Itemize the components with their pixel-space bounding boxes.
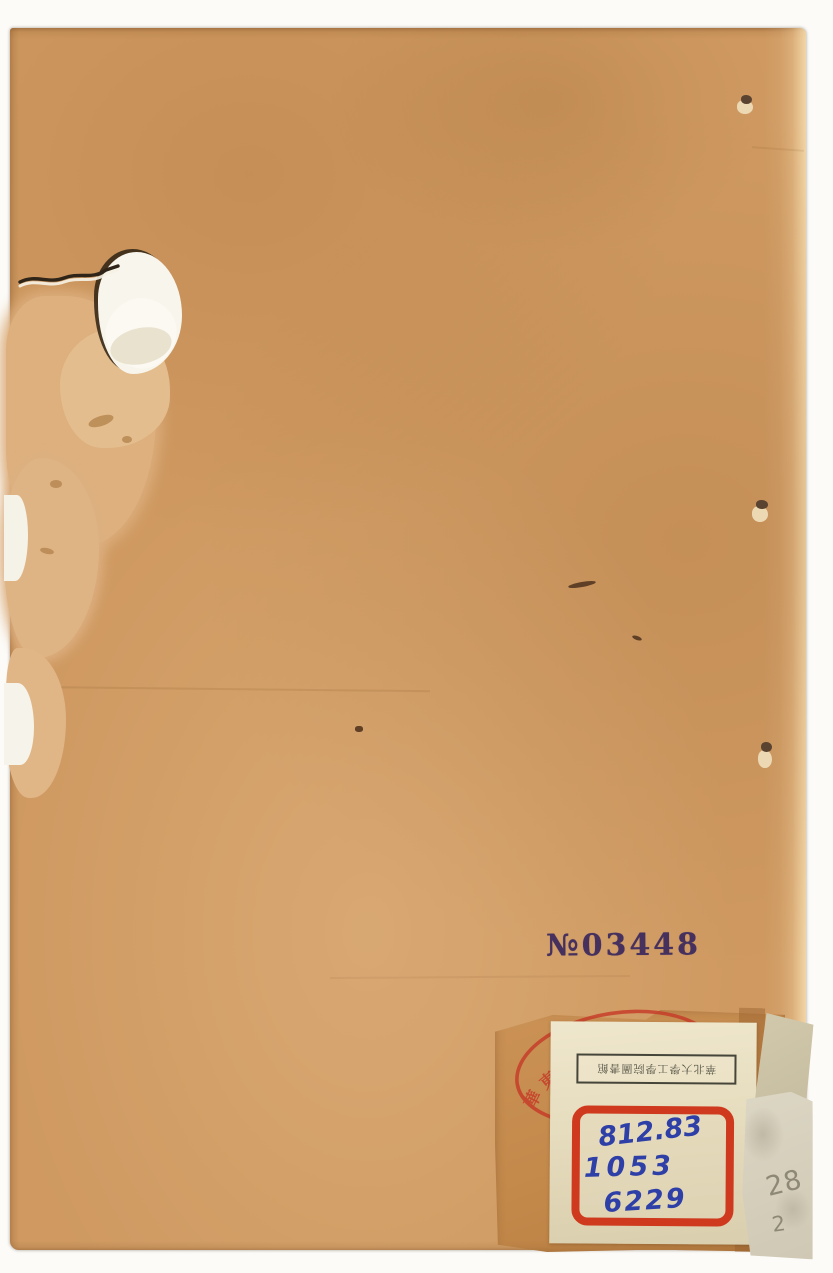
call-number-line: 1053 — [583, 1151, 718, 1182]
paper-speck — [568, 580, 596, 590]
label-header-text: 華北大學工學院圖書館 — [596, 1061, 716, 1078]
underlayer-spot — [122, 436, 132, 443]
paper-crease — [752, 146, 804, 152]
library-label: 華北大學工學院圖書館 812.83 1053 6229 — [549, 1021, 757, 1244]
paper-speck — [632, 634, 643, 641]
paper-speck — [355, 726, 363, 732]
binding-hole — [741, 95, 752, 104]
call-number-box: 812.83 1053 6229 — [571, 1105, 734, 1226]
paper-crease — [330, 975, 630, 979]
scan-background: №03448 華東政法學院圖書館 華北大學工學院圖書館 812.83 1053 … — [0, 0, 833, 1273]
call-number-line: 6229 — [603, 1182, 738, 1217]
paper-crease — [10, 686, 430, 692]
accession-number-stamp: №03448 — [546, 927, 701, 963]
tear-shadow-line — [18, 256, 128, 296]
binding-hole — [761, 742, 772, 752]
binding-hole — [758, 750, 772, 768]
label-header-box: 華北大學工學院圖書館 — [576, 1053, 736, 1084]
binding-hole — [756, 500, 768, 509]
call-number-line: 812.83 — [597, 1109, 733, 1151]
underlayer-spot — [50, 480, 62, 488]
